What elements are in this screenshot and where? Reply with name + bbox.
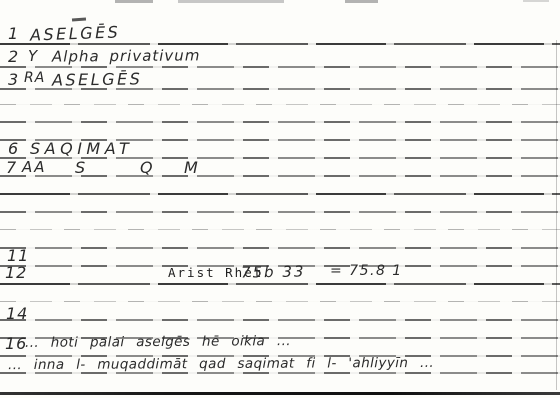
ruled-line [0,66,560,68]
citation-annotation: = 75.8 1 [330,263,403,279]
quotation-arabic: ... inna l- muqaddimāt qad saqimat fi l-… [8,355,434,373]
ruled-line [0,319,560,321]
line-number: 1 [8,24,19,43]
ruled-line [0,43,560,45]
abbreviation: Y [28,47,37,65]
index-card: 1 ASELGĒS 2 Y Alpha privativum 3 RA ASEL… [0,0,560,398]
card-right-edge [556,40,557,390]
line-number: 14 [6,304,28,323]
abbreviation: RA [24,70,45,86]
headword: ASELGĒS [52,69,143,89]
line-number: 7 [6,158,17,177]
line-number: 2 [8,47,19,66]
ruled-line [0,301,560,302]
card-bottom-edge [0,392,560,395]
root-letter-2: Q [140,158,153,177]
ruled-line [0,229,560,230]
scan-artifact [115,0,153,3]
line-number: 12 [5,263,27,282]
ruled-line [0,193,560,195]
line-number: 6 [8,139,19,158]
abbreviation: AA [22,158,47,176]
ruled-line [0,211,560,213]
ruled-line [0,283,560,285]
line-number: 3 [8,70,19,89]
citation-locus: 75b 33 [241,262,306,281]
headword-arabic: SAQIMAT [30,139,133,158]
scan-artifact [178,0,284,3]
ruled-line [0,247,560,249]
quotation-greek: ... hoti palai aselgēs hē oikia ... [25,333,291,351]
etymology-note: Alpha privativum [52,46,201,65]
root-letter-3: M [184,158,198,177]
scan-artifact [72,18,86,22]
scan-artifact [523,0,549,2]
ruled-line [0,104,560,105]
root-letter-1: S [75,158,85,177]
headword: ASELGĒS [30,22,121,44]
ruled-line [0,121,560,123]
scan-artifact [345,0,378,3]
